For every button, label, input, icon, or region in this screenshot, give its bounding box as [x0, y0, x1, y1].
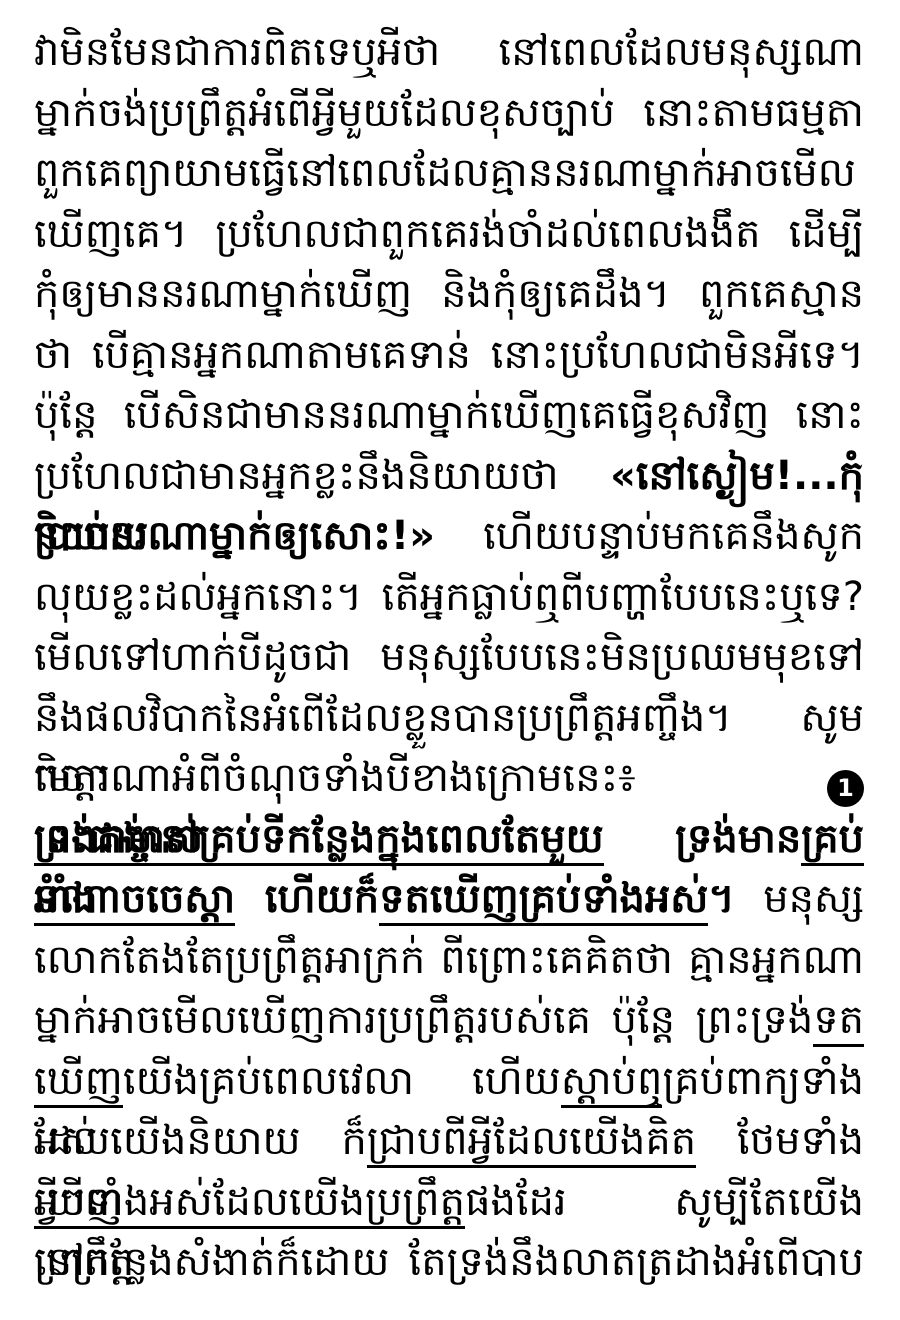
text-line: ឃើញយើងគ្រប់ពេលវេលា ហើយស្ដាប់ឮគ្រប់ពាក្យទ… — [34, 1051, 864, 1112]
document-root: { "page": { "paper_color": "#ffffff", "i… — [0, 0, 900, 1320]
underlined-text-segment: ទត — [813, 997, 864, 1047]
underlined-text-segment: អំណាចចេស្ដា — [34, 876, 235, 926]
text-line: ម្នាក់ចង់ប្រព្រឹត្តអំពើអ្វីមួយដែលខុសច្បា… — [34, 83, 864, 144]
text-segment: ពិចារណាអំពីចំណុចទាំងបីខាងក្រោមនេះ៖ — [34, 755, 827, 801]
text-segment: ឃើញគេ។ ប្រហែលជាពួកគេរង់ចាំដល់ពេលងងឹត ដើម… — [34, 211, 864, 257]
text-segment: ប្រហែលជាមានអ្នកខ្លះនឹងនិយាយថា — [34, 453, 610, 499]
text-segment: លុយខ្លះដល់អ្នកនោះ។ តើអ្នកធ្លាប់ឮពីបញ្ហាប… — [34, 574, 864, 620]
text-line: អំណាចចេស្ដា ហើយក៏ទតឃើញគ្រប់ទាំងអស់។ មនុស… — [34, 869, 864, 930]
text-segment: កុំឲ្យមាននរណាម្នាក់ឃើញ និងកុំឲ្យគេដឹង។ ព… — [34, 271, 864, 317]
bold-text-segment: ហើយក៏ — [235, 876, 379, 922]
text-line: ឃើញគេ។ ប្រហែលជាពួកគេរង់ចាំដល់ពេលងងឹត ដើម… — [34, 204, 864, 265]
text-line: ប្រហែលជាមានអ្នកខ្លះនឹងនិយាយថា «នៅស្ងៀម!.… — [34, 446, 864, 507]
text-line: ថា បើគ្មានអ្នកណាតាមគេទាន់ នោះប្រហែលជាមិន… — [34, 325, 864, 386]
bold-text-segment: ប្រាប់នរណាម្នាក់ឲ្យសោះ!» — [34, 513, 435, 559]
text-line: វាមិនមែនជាការពិតទេឬអីថា នៅពេលដែលមនុស្សណា — [34, 22, 864, 83]
underlined-text-segment: ទ្រង់គង់នៅគ្រប់ទីកន្លែងក្នុងពេលតែមួយ — [34, 816, 604, 866]
text-line: មើលទៅហាក់បីដូចជា មនុស្សបែបនេះមិនប្រឈមមុខ… — [34, 627, 864, 688]
text-segment: នៅកន្លែងសំងាត់ក៏ដោយ តែទ្រង់នឹងលាតត្រដាងអ… — [34, 1239, 864, 1285]
document-page: វាមិនមែនជាការពិតទេឬអីថា នៅពេលដែលមនុស្សណា… — [0, 0, 900, 1320]
text-segment: លោកតែងតែប្រព្រឹត្តអាក្រក់ ពីព្រោះគេគិតថា… — [34, 937, 864, 983]
text-line: នៅកន្លែងសំងាត់ក៏ដោយ តែទ្រង់នឹងលាតត្រដាងអ… — [34, 1232, 864, 1293]
text-segment: ហើយបន្ទាប់មកគេនឹងសូក — [435, 513, 864, 559]
text-segment: ម្នាក់ចង់ប្រព្រឹត្តអំពើអ្វីមួយដែលខុសច្បា… — [34, 90, 864, 136]
text-line: ម្នាក់អាចមើលឃើញការប្រព្រឹត្តរបស់គេ ប៉ុន្… — [34, 990, 864, 1051]
text-segment: យើងគ្រប់ពេលវេលា ហើយ — [123, 1058, 561, 1104]
text-segment: ថា បើគ្មានអ្នកណាតាមគេទាន់ នោះប្រហែលជាមិន… — [34, 332, 864, 378]
text-segment: ម្នាក់អាចមើលឃើញការប្រព្រឹត្តរបស់គេ ប៉ុន្… — [34, 997, 813, 1043]
text-line: ប៉ុន្តែ បើសិនជាមាននរណាម្នាក់ឃើញគេធ្វើខុស… — [34, 385, 864, 446]
text-segment: មនុស្ស — [735, 876, 864, 922]
text-segment: ដែលយើងនិយាយ ក៏ — [34, 1118, 367, 1164]
text-segment: ប៉ុន្តែ បើសិនជាមាននរណាម្នាក់ឃើញគេធ្វើខុស… — [34, 392, 864, 438]
text-segment: ពួកគេព្យាយាមធ្វើនៅពេលដែលគ្មាននរណាម្នាក់អ… — [34, 150, 856, 196]
text-line: កុំឲ្យមាននរណាម្នាក់ឃើញ និងកុំឲ្យគេដឹង។ ព… — [34, 264, 864, 325]
text-line: ប្រាប់នរណាម្នាក់ឲ្យសោះ!» ហើយបន្ទាប់មកគេន… — [34, 506, 864, 567]
text-line: ពិចារណាអំពីចំណុចទាំងបីខាងក្រោមនេះ៖ 1 ព្រ… — [34, 748, 864, 809]
underlined-text-segment: ឃើញ — [34, 1058, 123, 1108]
underlined-text-segment: ជ្រាបពីអ្វីដែលយើងគិត — [367, 1118, 696, 1168]
text-line: លោកតែងតែប្រព្រឹត្តអាក្រក់ ពីព្រោះគេគិតថា… — [34, 930, 864, 991]
text-line: ពួកគេព្យាយាមធ្វើនៅពេលដែលគ្មាននរណាម្នាក់អ… — [34, 143, 864, 204]
text-segment: មើលទៅហាក់បីដូចជា មនុស្សបែបនេះមិនប្រឈមមុខ… — [34, 634, 864, 680]
bold-text-segment: ។ — [708, 876, 734, 922]
text-line: នឹងផលវិបាកនៃអំពើដែលខ្លួនបានប្រព្រឹត្តអញ្… — [34, 688, 864, 749]
text-line: ដែលយើងនិយាយ ក៏ជ្រាបពីអ្វីដែលយើងគិត ថែមទា… — [34, 1111, 864, 1172]
text-segment: វាមិនមែនជាការពិតទេឬអីថា នៅពេលដែលមនុស្សណា — [34, 29, 864, 75]
text-line: លុយខ្លះដល់អ្នកនោះ។ តើអ្នកធ្លាប់ឮពីបញ្ហាប… — [34, 567, 864, 628]
text-segment: ថែមទាំង — [696, 1118, 864, 1164]
bold-text-segment: ទ្រង់មាន — [604, 816, 802, 862]
underlined-text-segment: ទតឃើញគ្រប់ទាំងអស់ — [379, 876, 708, 926]
underlined-text-segment: ស្ដាប់ឮ — [561, 1058, 663, 1108]
underlined-text-segment: អ្វីៗទាំងអស់ដែលយើងប្រព្រឹត្ត — [34, 1179, 465, 1229]
numbered-point-badge: 1 — [827, 770, 864, 807]
text-line: អ្វីៗទាំងអស់ដែលយើងប្រព្រឹត្តផងដែរ សូម្បី… — [34, 1172, 864, 1233]
text-line: ទ្រង់គង់នៅគ្រប់ទីកន្លែងក្នុងពេលតែមួយ ទ្រ… — [34, 809, 864, 870]
